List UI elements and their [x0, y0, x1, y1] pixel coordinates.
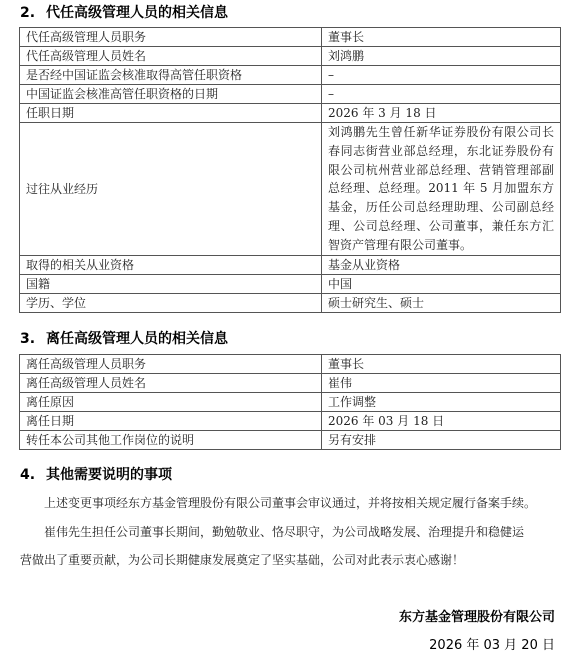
- table-row: 任职日期 2026 年 3 月 18 日: [20, 104, 561, 123]
- table-row: 国籍 中国: [20, 274, 561, 293]
- row-label: 国籍: [20, 274, 322, 293]
- company-signature: 东方基金管理股份有限公司: [399, 606, 555, 625]
- row-value: 董事长: [322, 28, 561, 47]
- row-value: 刘鸿鹏: [322, 47, 561, 66]
- row-value: 2026 年 03 月 18 日: [322, 412, 561, 431]
- row-value: –: [322, 66, 561, 85]
- section-title: 离任高级管理人员的相关信息: [46, 331, 228, 347]
- row-value: 基金从业资格: [322, 255, 561, 274]
- row-label: 代任高级管理人员职务: [20, 28, 322, 47]
- paragraph-thanks-line-1: 崔伟先生担任公司董事长期间，勤勉敬业、恪尽职守，为公司战略发展、治理提升和稳健运: [44, 523, 577, 541]
- table-row: 离任日期 2026 年 03 月 18 日: [20, 412, 561, 431]
- row-value: 另有安排: [322, 431, 561, 450]
- departing-officer-table: 离任高级管理人员职务 董事长 离任高级管理人员姓名 崔伟 离任原因 工作调整 离…: [19, 354, 561, 450]
- section-title: 代任高级管理人员的相关信息: [46, 5, 228, 21]
- row-value: 工作调整: [322, 393, 561, 412]
- section-number: 2.: [20, 4, 46, 22]
- table-row: 学历、学位 硕士研究生、硕士: [20, 293, 561, 312]
- row-label: 转任本公司其他工作岗位的说明: [20, 431, 322, 450]
- row-label: 取得的相关从业资格: [20, 255, 322, 274]
- section-number: 3.: [20, 330, 46, 348]
- row-label: 离任原因: [20, 393, 322, 412]
- table-row: 离任高级管理人员姓名 崔伟: [20, 374, 561, 393]
- paragraph-filing-note: 上述变更事项经东方基金管理股份有限公司董事会审议通过，并将按相关规定履行备案手续…: [44, 494, 577, 512]
- row-value: 硕士研究生、硕士: [322, 293, 561, 312]
- acting-officer-table: 代任高级管理人员职务 董事长 代任高级管理人员姓名 刘鸿鹏 是否经中国证监会核准…: [19, 27, 561, 313]
- row-label: 过往从业经历: [20, 123, 322, 256]
- table-row: 离任高级管理人员职务 董事长: [20, 355, 561, 374]
- row-label: 离任高级管理人员姓名: [20, 374, 322, 393]
- paragraph-thanks-line-2: 营做出了重要贡献，为公司长期健康发展奠定了坚实基础，公司对此表示衷心感谢！: [20, 551, 560, 569]
- row-value-experience: 刘鸿鹏先生曾任新华证券股份有限公司长春同志街营业部总经理，东北证券股份有限公司杭…: [322, 123, 561, 256]
- row-label: 是否经中国证监会核准取得高管任职资格: [20, 66, 322, 85]
- section-number: 4.: [20, 466, 46, 484]
- table-row: 离任原因 工作调整: [20, 393, 561, 412]
- row-label: 中国证监会核准高管任职资格的日期: [20, 85, 322, 104]
- table-row: 是否经中国证监会核准取得高管任职资格 –: [20, 66, 561, 85]
- row-label: 任职日期: [20, 104, 322, 123]
- row-value: –: [322, 85, 561, 104]
- table-row: 过往从业经历 刘鸿鹏先生曾任新华证券股份有限公司长春同志街营业部总经理，东北证券…: [20, 123, 561, 256]
- row-value: 2026 年 3 月 18 日: [322, 104, 561, 123]
- table-row: 取得的相关从业资格 基金从业资格: [20, 255, 561, 274]
- row-value: 崔伟: [322, 374, 561, 393]
- section-2-heading: 2.代任高级管理人员的相关信息: [20, 4, 228, 22]
- section-4-heading: 4.其他需要说明的事项: [20, 466, 172, 484]
- row-value: 中国: [322, 274, 561, 293]
- row-label: 离任日期: [20, 412, 322, 431]
- table-row: 代任高级管理人员职务 董事长: [20, 28, 561, 47]
- table-row: 代任高级管理人员姓名 刘鸿鹏: [20, 47, 561, 66]
- row-label: 学历、学位: [20, 293, 322, 312]
- signature-date: 2026 年 03 月 20 日: [429, 634, 555, 653]
- section-3-heading: 3.离任高级管理人员的相关信息: [20, 330, 228, 348]
- section-title: 其他需要说明的事项: [46, 467, 172, 483]
- table-row: 转任本公司其他工作岗位的说明 另有安排: [20, 431, 561, 450]
- row-value: 董事长: [322, 355, 561, 374]
- row-label: 离任高级管理人员职务: [20, 355, 322, 374]
- row-label: 代任高级管理人员姓名: [20, 47, 322, 66]
- table-row: 中国证监会核准高管任职资格的日期 –: [20, 85, 561, 104]
